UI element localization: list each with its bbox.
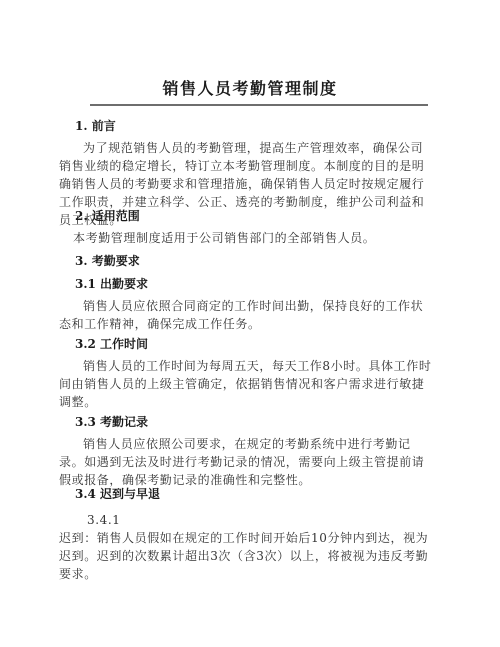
section-3-1: 3.1 出勤要求 销售人员应依照合同商定的工作时间出勤，保持良好的工作状态和工作…: [75, 275, 435, 333]
document-title: 销售人员考勤管理制度: [0, 76, 500, 99]
section-3-4: 3.4 迟到与早退 3.4.1 迟到：销售人员假如在规定的工作时间开始后10分钟…: [75, 485, 435, 583]
section-heading: 1. 前言: [75, 117, 435, 135]
section-paragraph: 销售人员应依照合同商定的工作时间出勤，保持良好的工作状态和工作精神，确保完成工作…: [59, 297, 435, 333]
section-subheading: 3.4.1: [87, 511, 435, 529]
section-3-3: 3.3 考勤记录 销售人员应依照公司要求，在规定的考勤系统中进行考勤记录。如遇到…: [75, 413, 435, 489]
section-paragraph: 迟到：销售人员假如在规定的工作时间开始后10分钟内到达，视为迟到。迟到的次数累计…: [59, 529, 435, 583]
section-attendance-requirements: 3. 考勤要求: [75, 252, 435, 270]
section-heading: 3.4 迟到与早退: [75, 485, 435, 503]
section-scope: 2. 适用范围 本考勤管理制度适用于公司销售部门的全部销售人员。: [75, 207, 435, 247]
section-heading: 3.3 考勤记录: [75, 413, 435, 431]
section-heading: 2. 适用范围: [75, 207, 435, 225]
section-paragraph: 销售人员应依照公司要求，在规定的考勤系统中进行考勤记录。如遇到无法及时进行考勤记…: [59, 435, 435, 489]
section-heading: 3. 考勤要求: [75, 252, 435, 270]
section-heading: 3.2 工作时间: [75, 335, 435, 353]
section-3-2: 3.2 工作时间 销售人员的工作时间为每周五天，每天工作8小时。具体工作时间由销…: [75, 335, 435, 411]
section-paragraph: 销售人员的工作时间为每周五天，每天工作8小时。具体工作时间由销售人员的上级主管确…: [59, 357, 435, 411]
title-divider: [90, 104, 428, 106]
section-heading: 3.1 出勤要求: [75, 275, 435, 293]
section-paragraph: 本考勤管理制度适用于公司销售部门的全部销售人员。: [73, 229, 435, 247]
